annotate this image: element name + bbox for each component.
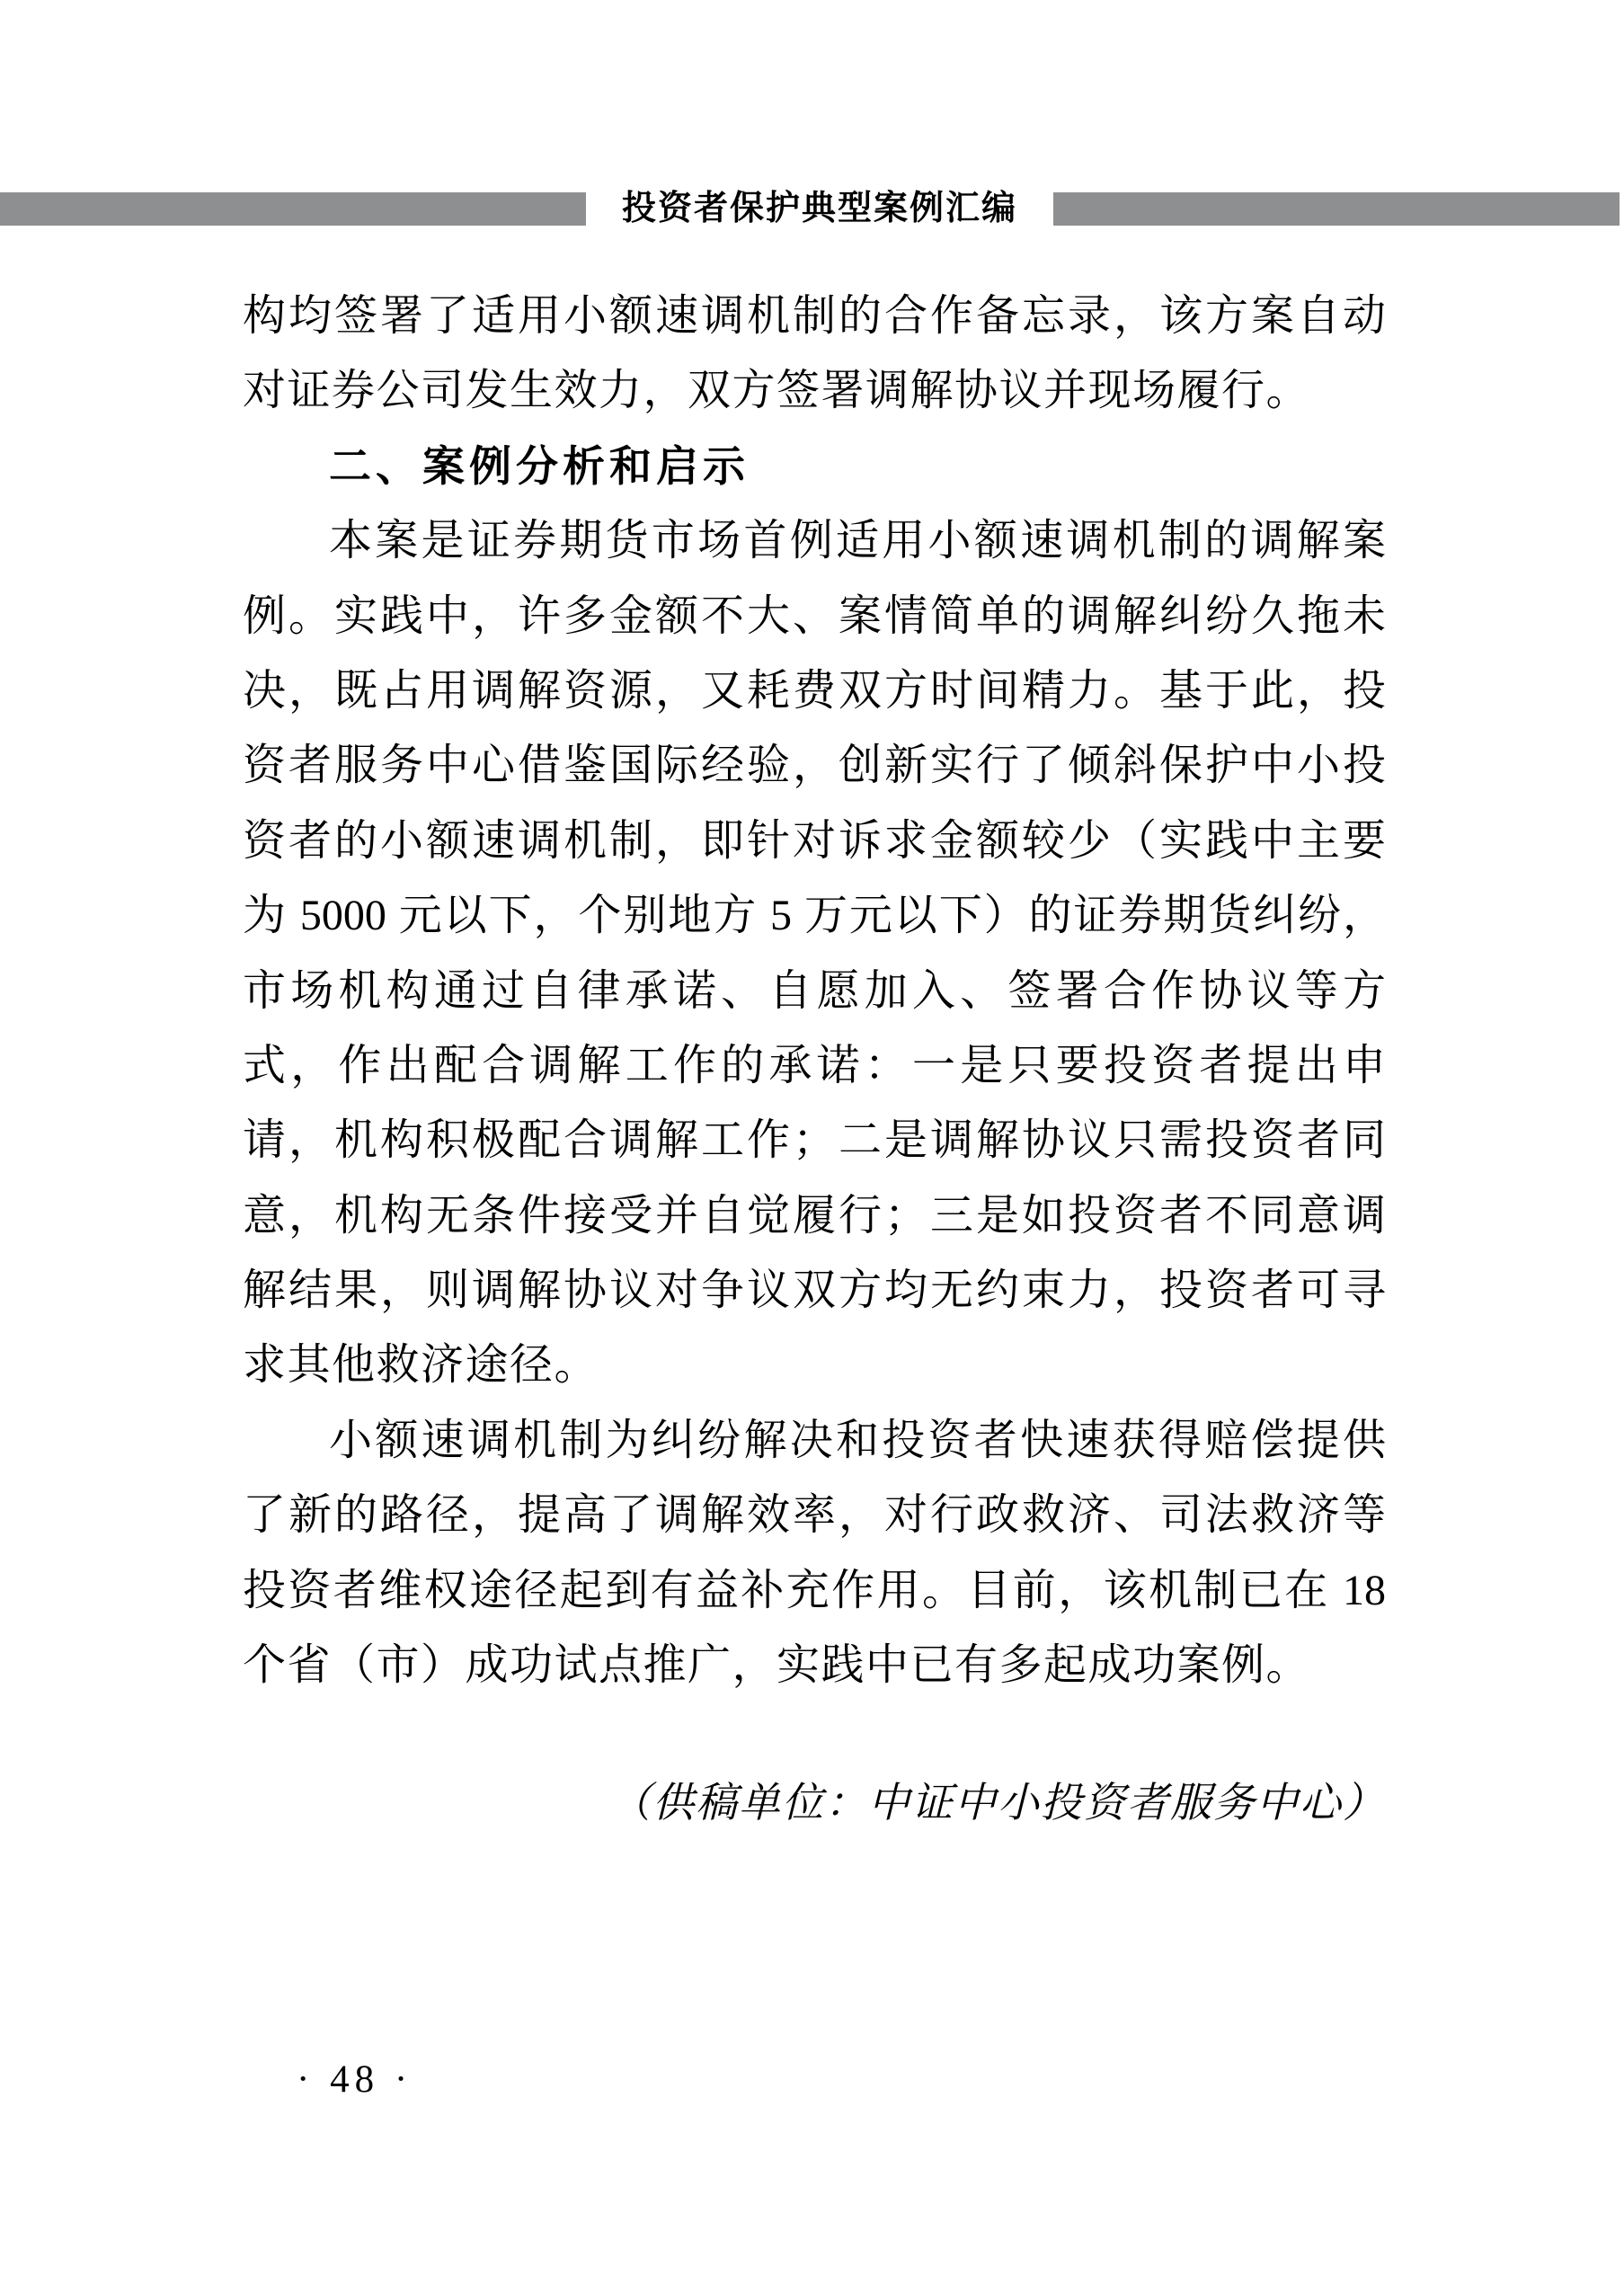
text-line: 了新的路径，提高了调解效率，对行政救济、司法救济等: [243, 1478, 1386, 1552]
text-line: 意，机构无条件接受并自觉履行；三是如投资者不同意调: [243, 1178, 1386, 1253]
text-line: 市场机构通过自律承诺、自愿加入、签署合作协议等方: [243, 954, 1386, 1028]
header-bar-left: [0, 192, 586, 226]
text-line: 资者服务中心借鉴国际经验，创新实行了倾斜保护中小投: [243, 728, 1386, 803]
body-text: 构均签署了适用小额速调机制的合作备忘录，该方案自动 对证券公司发生效力，双方签署…: [243, 279, 1386, 1841]
running-head-title: 投资者保护典型案例汇编: [586, 189, 1053, 228]
text-line: 解结果，则调解协议对争议双方均无约束力，投资者可寻: [243, 1253, 1386, 1328]
text-line: 对证券公司发生效力，双方签署调解协议并现场履行。: [243, 353, 1386, 428]
text-line: 资者的小额速调机制，即针对诉求金额较少（实践中主要: [243, 804, 1386, 878]
text-line: 求其他救济途径。: [243, 1328, 1386, 1402]
document-page: 投资者保护典型案例汇编 构均签署了适用小额速调机制的合作备忘录，该方案自动 对证…: [0, 0, 1624, 2293]
text-line: 本案是证券期货市场首例适用小额速调机制的调解案: [243, 503, 1386, 578]
text-line: 二、案例分析和启示: [243, 429, 1386, 503]
text-line: 投资者维权途径起到有益补充作用。目前，该机制已在 18: [243, 1553, 1386, 1628]
text-line: 构均签署了适用小额速调机制的合作备忘录，该方案自动: [243, 279, 1386, 353]
text-line: 小额速调机制为纠纷解决和投资者快速获得赔偿提供: [243, 1403, 1386, 1478]
header-bar-right: [1053, 192, 1620, 226]
text-line: 决，既占用调解资源，又耗费双方时间精力。基于此，投: [243, 653, 1386, 728]
text-line: 例。实践中，许多金额不大、案情简单的调解纠纷久拖未: [243, 579, 1386, 653]
text-line: 为 5000 元以下，个别地方 5 万元以下）的证券期货纠纷，: [243, 878, 1386, 953]
text-line: 请，机构积极配合调解工作；二是调解协议只需投资者同: [243, 1103, 1386, 1178]
text-line: 式，作出配合调解工作的承诺：一是只要投资者提出申: [243, 1028, 1386, 1103]
page-number: · 48 ·: [297, 2057, 413, 2103]
attribution-line: （供稿单位：中证中小投资者服务中心）: [243, 1765, 1386, 1840]
text-line: 个省（市）成功试点推广，实践中已有多起成功案例。: [243, 1628, 1386, 1702]
